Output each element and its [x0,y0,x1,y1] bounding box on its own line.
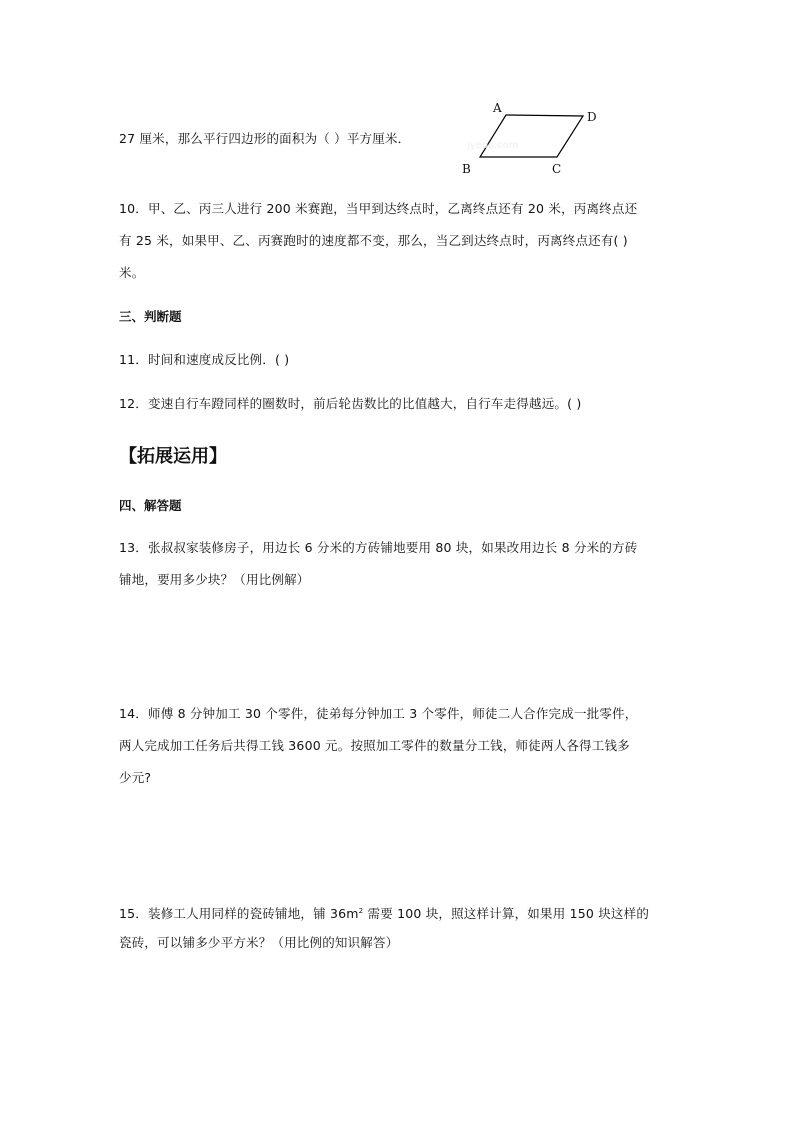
section-4-heading: 四、解答题 [119,496,182,514]
parallelogram-figure: A D B C jyeoo.com [455,98,615,183]
q14-line-2: 两人完成加工任务后共得工钱 3600 元。按照加工零件的数量分工钱，师徒两人各得… [119,738,630,754]
q14-line-1: 14．师傅 8 分钟加工 30 个零件，徒弟每分钟加工 3 个零件，师徒二人合作… [119,706,637,722]
q14-line-3: 少元? [119,770,151,786]
q11-text: 11．时间和速度成反比例．( ) [119,352,289,368]
q15-line-2: 瓷砖，可以铺多少平方米？（用比例的知识解答） [119,935,398,951]
q12-text: 12．变速自行车蹬同样的圈数时，前后轮齿数比的比值越大，自行车走得越远。( ) [119,396,581,412]
watermark: jyeoo.com [467,140,518,151]
vertex-label-a: A [493,101,502,115]
q9-text: 27 厘米，那么平行四边形的面积为（ ）平方厘米． [119,131,410,147]
q10-line-1: 10．甲、乙、丙三人进行 200 米赛跑，当甲到达终点时，乙离终点还有 20 米… [119,201,637,217]
q13-line-2: 铺地，要用多少块？（用比例解） [119,572,310,588]
q13-line-1: 13．张叔叔家装修房子，用边长 6 分米的方砖铺地要用 80 块，如果改用边长 … [119,540,637,556]
q15-text-b: 需要 100 块，照这样计算，如果用 150 块这样的 [363,906,649,921]
section-3-heading: 三、判断题 [119,307,182,325]
q10-line-3: 米。 [119,265,144,281]
q15-line-1: 15．装修工人用同样的瓷砖铺地，铺 36m2 需要 100 块，照这样计算，如果… [119,903,649,922]
q10-line-2: 有 25 米，如果甲、乙、丙赛跑时的速度都不变，那么，当乙到达终点时，丙离终点还… [119,233,628,249]
extension-heading: 【拓展运用】 [119,442,227,468]
vertex-label-b: B [462,162,471,176]
q15-text-a: 15．装修工人用同样的瓷砖铺地，铺 36m [119,906,359,921]
vertex-label-d: D [587,110,597,124]
vertex-label-c: C [552,162,561,176]
